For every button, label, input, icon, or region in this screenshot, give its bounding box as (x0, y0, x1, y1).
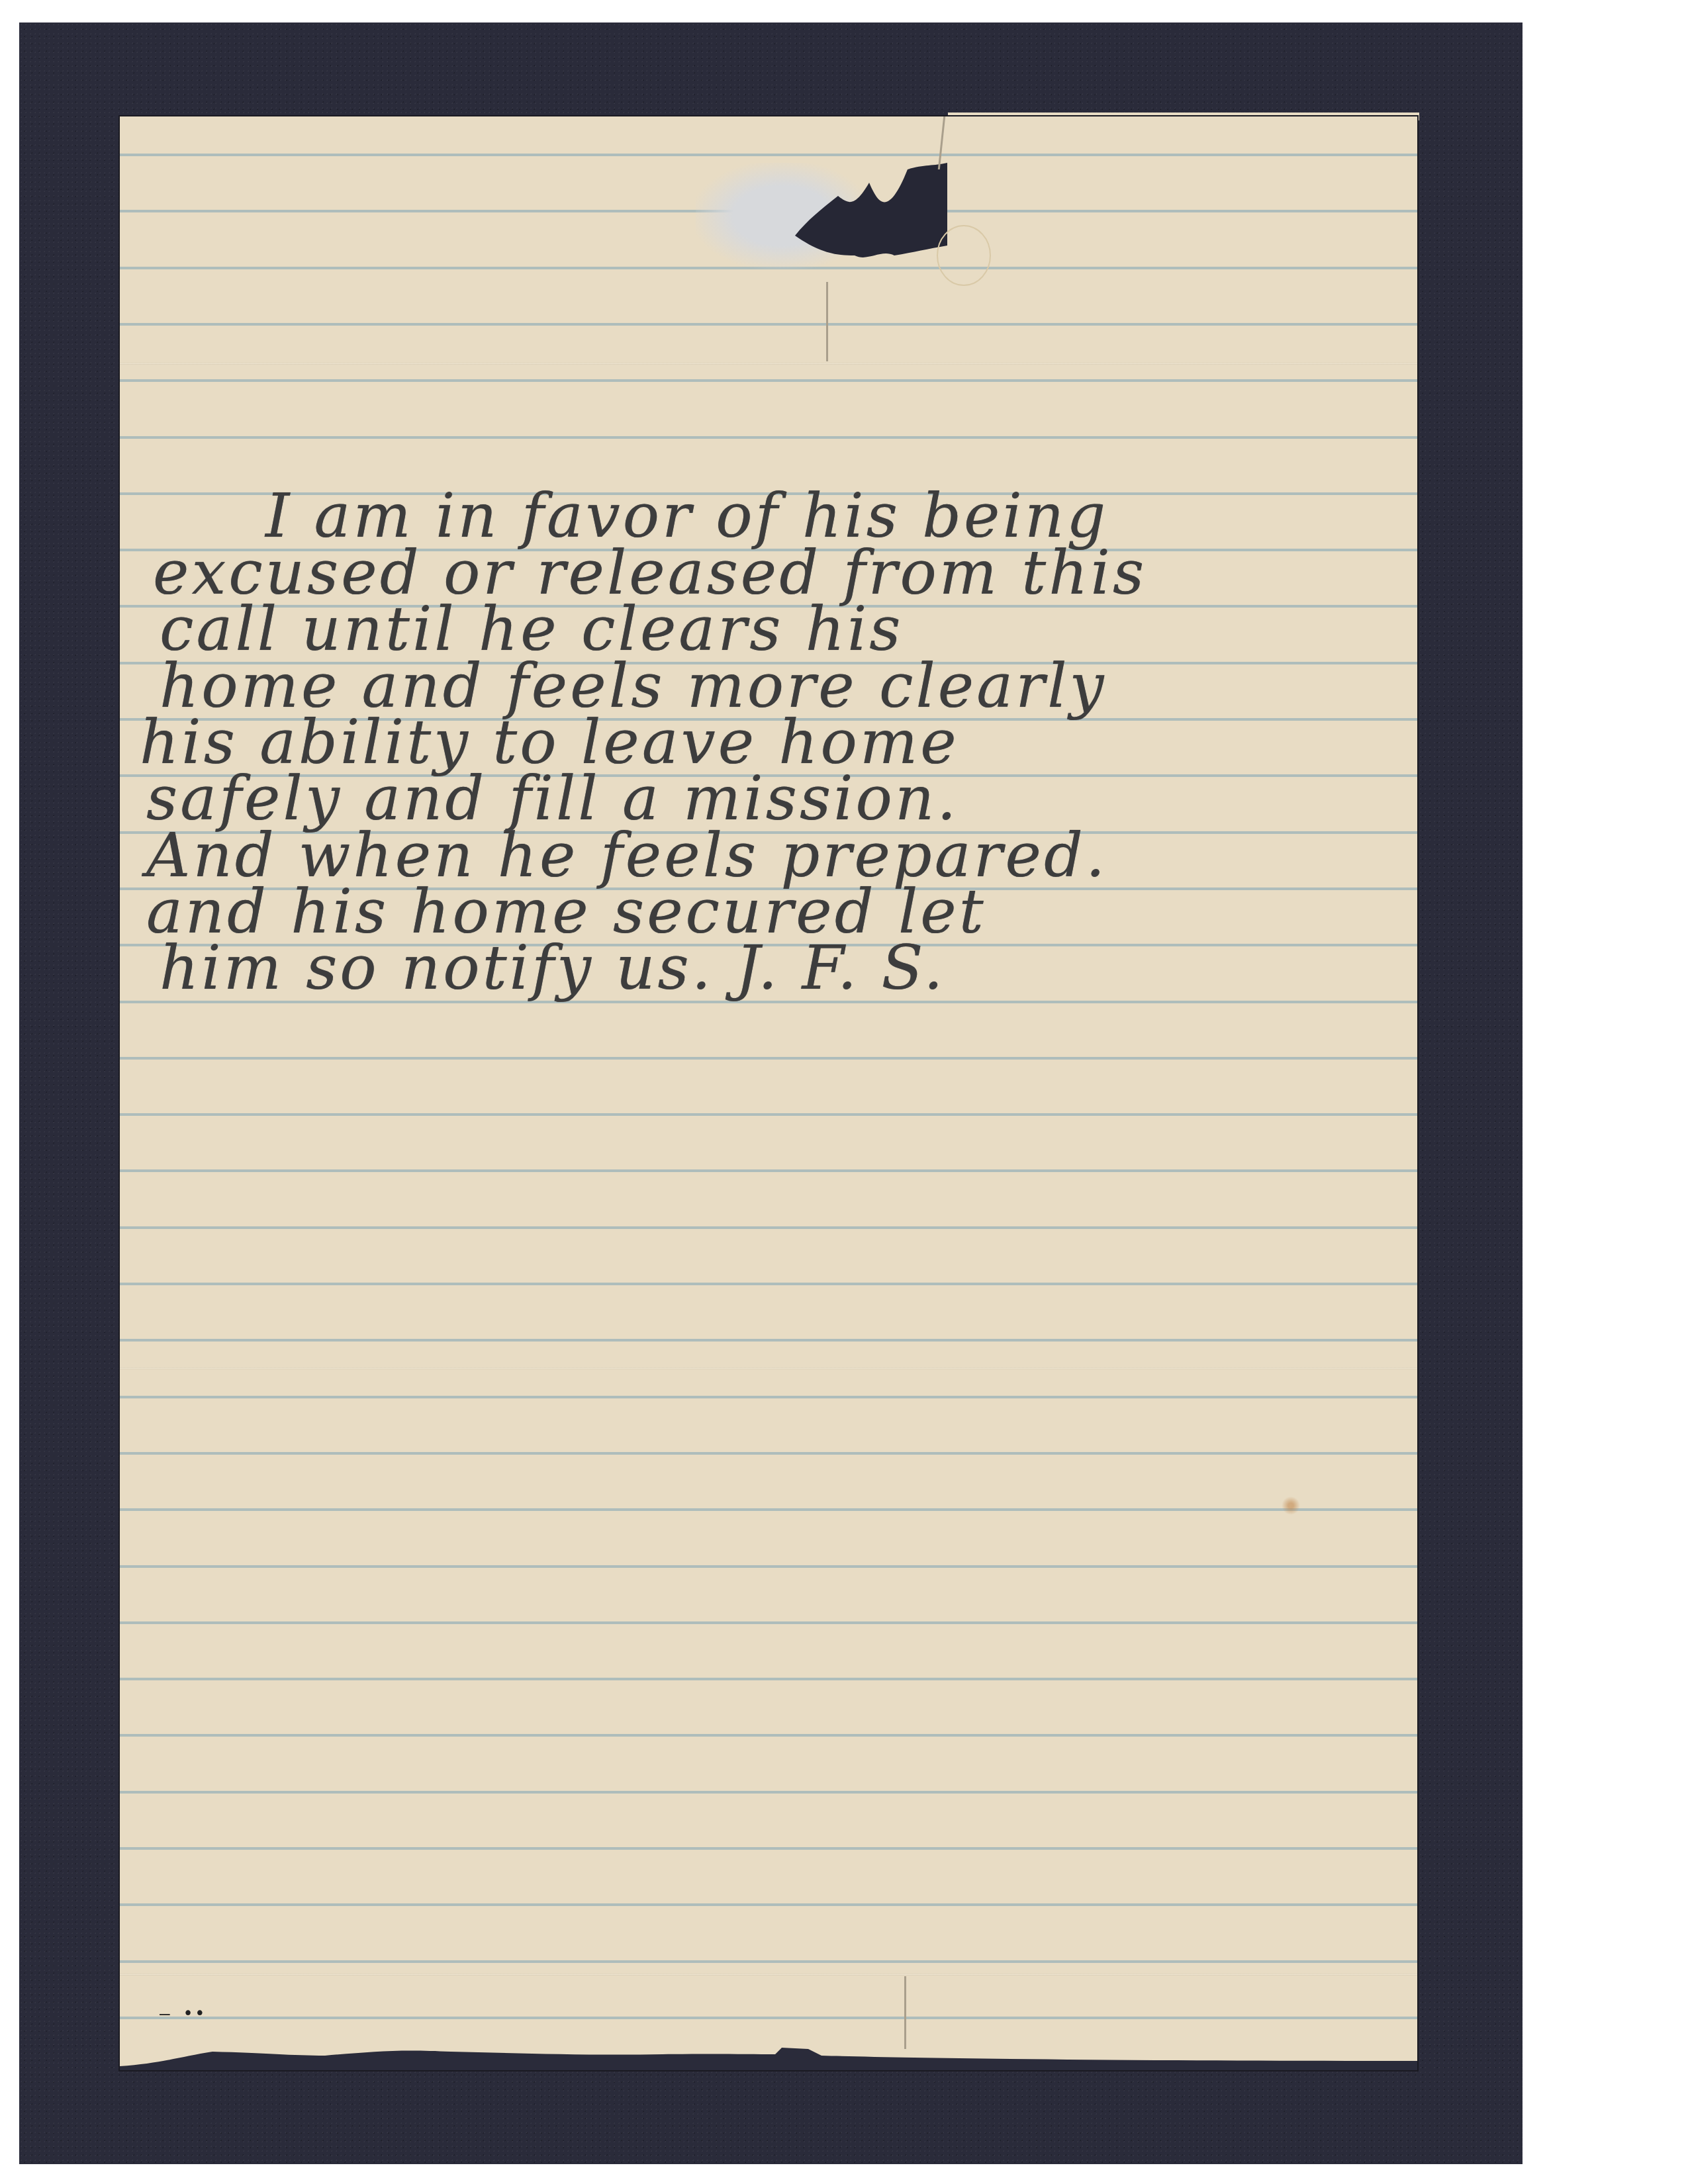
ruled-line (120, 1960, 1417, 1963)
torn-bottom-edge (120, 2044, 1417, 2070)
ruled-line (120, 1678, 1417, 1680)
ruled-line (120, 1565, 1417, 1568)
ruled-line (120, 1339, 1417, 1342)
ruled-line (120, 1791, 1417, 1794)
ruled-line (120, 1734, 1417, 1737)
fold-crease-top (120, 363, 1417, 365)
ruled-line (120, 1508, 1417, 1511)
ruled-line (120, 1226, 1417, 1229)
torn-hole (696, 156, 1040, 289)
ruled-line (120, 323, 1417, 326)
margin-marks: — •• (160, 2004, 207, 2024)
ruled-line (120, 2017, 1417, 2019)
ruled-line (120, 1452, 1417, 1455)
ruled-line (120, 1057, 1417, 1060)
ruled-line (120, 1283, 1417, 1285)
tear-crack-top (826, 282, 828, 361)
ruled-line (120, 436, 1417, 439)
lined-paper-sheet: — •• I am in favor of his being excused … (120, 116, 1417, 2070)
ruled-line (120, 1903, 1417, 1906)
ruled-line (120, 1621, 1417, 1624)
ruled-line (120, 1396, 1417, 1398)
rust-stain (1282, 1496, 1300, 1515)
ruled-line (120, 1847, 1417, 1850)
tear-crack-bottom (904, 1976, 906, 2049)
fold-crease-bottom (120, 1974, 1417, 1976)
ruled-line (120, 1113, 1417, 1116)
fold-crease-middle (120, 1367, 1417, 1369)
ruled-line (120, 379, 1417, 382)
handwritten-line-9: him so notify us. J. F. S. (160, 938, 1417, 999)
ruled-line (120, 1169, 1417, 1172)
